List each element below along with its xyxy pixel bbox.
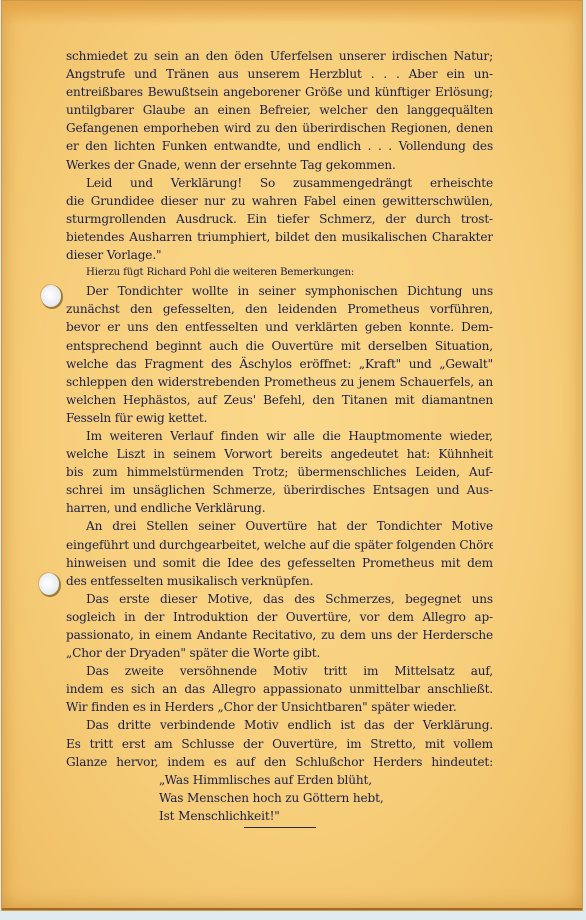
text-line: er den lichten Funken entwandte, und end… — [66, 137, 493, 155]
text-line: Glanze hervor, indem es auf den Schlußch… — [66, 753, 493, 771]
text-line: passionato, in einem Andante Recitativo,… — [66, 626, 493, 644]
text-line: Werkes der Gnade, wenn der ersehnte Tag … — [66, 156, 493, 174]
intro-note: Hierzu fügt Richard Pohl die weiteren Be… — [66, 264, 493, 282]
text-line: bevor er uns den entfesselten und verklä… — [66, 318, 493, 336]
text-line: bietendes Ausharren triumphiert, bildet … — [66, 228, 493, 246]
verse-line: Was Menschen hoch zu Göttern hebt, — [66, 789, 493, 807]
paragraph-start: Das zweite versöhnende Motiv tritt im Mi… — [66, 662, 493, 680]
text-line: Wir finden es in Herders „Chor der Unsic… — [66, 698, 493, 716]
text-line: sogleich in der Introduktion der Ouvertü… — [66, 608, 493, 626]
text-line: die Grundidee dieser nur zu wahren Fabel… — [66, 192, 493, 210]
text-line: bis zum himmelstürmenden Trotz; übermens… — [66, 463, 493, 481]
text-line: Fesseln für ewig kettet. — [66, 409, 493, 427]
verse-line: „Was Himmlisches auf Erden blüht, — [66, 771, 493, 789]
text-line: des entfesselten musikalisch verknüpfen. — [66, 572, 493, 590]
end-rule-divider — [244, 827, 316, 828]
text-line: dieser Vorlage." — [66, 246, 493, 264]
text-line: eingeführt und durchgearbeitet, welche a… — [66, 536, 493, 554]
verse-line: Ist Menschlichkeit!" — [66, 807, 493, 825]
book-page: schmiedet zu sein an den öden Uferfelsen… — [2, 1, 582, 910]
text-line: welche Liszt in seinem Vorwort bereits a… — [66, 445, 493, 463]
text-line: Es tritt erst am Schlusse der Ouvertüre,… — [66, 735, 493, 753]
text-line: indem es sich an das Allegro appassionat… — [66, 680, 493, 698]
text-line: schleppen den widerstrebenden Prometheus… — [66, 373, 493, 391]
text-line: welche das Fragment des Äschylos eröffne… — [66, 355, 493, 373]
text-line: schmiedet zu sein an den öden Uferfelsen… — [66, 47, 493, 65]
text-line: „Chor der Dryaden" später die Worte gibt… — [66, 644, 493, 662]
text-line: harren, und endliche Verklärung. — [66, 499, 493, 517]
text-line: welchen Hephästos, auf Zeus' Befehl, den… — [66, 391, 493, 409]
text-line: schrei im unsäglichen Schmerze, überirdi… — [66, 481, 493, 499]
paragraph-start: Leid und Verklärung! So zusammengedrängt… — [66, 174, 493, 192]
paragraph-start: Das dritte verbindende Motiv endlich ist… — [66, 716, 493, 734]
text-line: Gefangenen emporheben wird zu den überir… — [66, 119, 493, 137]
paragraph-start: Im weiteren Verlauf finden wir alle die … — [66, 427, 493, 445]
text-line: Angstrufe und Tränen aus unserem Herzblu… — [66, 65, 493, 83]
punch-hole — [39, 573, 59, 595]
punch-hole — [41, 285, 61, 307]
paragraph-start: Das erste dieser Motive, das des Schmerz… — [66, 590, 493, 608]
text-line: untilgbarer Glaube an einen Befreier, we… — [66, 101, 493, 119]
paragraph-start: An drei Stellen seiner Ouvertüre hat der… — [66, 517, 493, 535]
page-text: schmiedet zu sein an den öden Uferfelsen… — [66, 47, 493, 825]
text-line: entreißbares Bewußtsein angeborener Größ… — [66, 83, 493, 101]
paragraph-start: Der Tondichter wollte in seiner symphoni… — [66, 282, 493, 300]
text-line: zunächst den gefesselten, den leidenden … — [66, 300, 493, 318]
text-line: entsprechend beginnt auch die Ouvertüre … — [66, 337, 493, 355]
text-line: sturmgrollenden Ausdruck. Ein tiefer Sch… — [66, 210, 493, 228]
text-line: hinweisen und somit die Idee des gefesse… — [66, 554, 493, 572]
